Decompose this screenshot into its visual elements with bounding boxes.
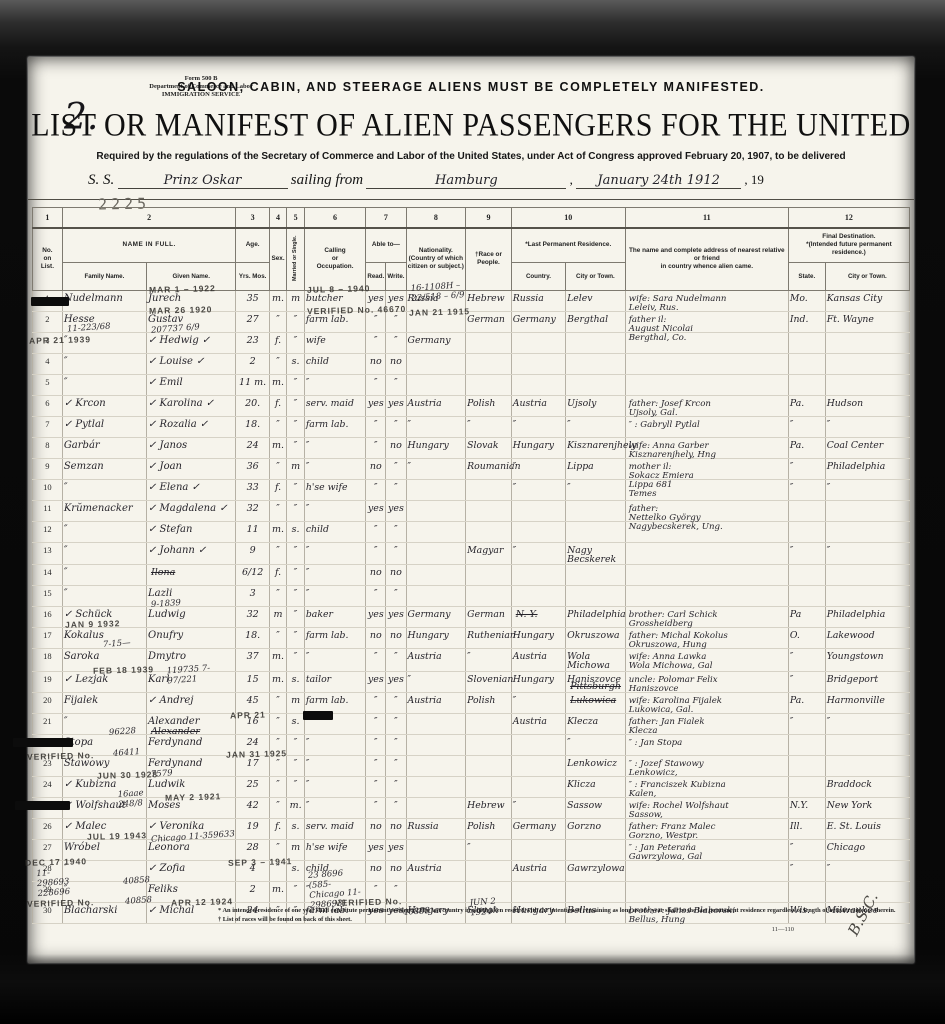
cell-last-residence-country [511,586,565,607]
cell-destination-city: Coal Center [825,437,909,458]
cell-age: 17JAN 31 1925 [236,755,269,776]
col-num-5: 5 [287,208,305,228]
cell-destination-city [825,586,909,607]
cell-given-name: Onufry [147,628,236,649]
cell-married-or-single: s. [287,353,305,374]
cell-destination-state: ″ [788,649,825,672]
cell-age: 11 m. [236,374,269,395]
cell-last-residence-city: Ujsoly [566,395,626,416]
cell-able-to-read: ″ [366,734,386,755]
cell-occupation: ″ [304,755,365,776]
cell-age: 45 [236,692,269,713]
cell-family-name: Hesse11-223/68 [62,311,146,332]
cell-occupation: ″ [304,586,365,607]
cell-nationality: Hungary [406,437,466,458]
cell-list-number: 14 [33,565,63,586]
cell-destination-city [825,565,909,586]
cell-nearest-relative: wife: Sara Nudelmann Leleiv, Rus. [625,290,788,311]
cell-sex: ″ [269,797,287,818]
cell-list-number: 24 [33,776,63,797]
cell-married-or-single: m [287,692,305,713]
cell-age: 6/12 [236,565,269,586]
cell-given-name: JurechMAR 1 – 1922 [147,290,236,311]
col-header-dest-city-or-town: City or Town. [825,263,909,290]
cell-sex: ″ [269,311,287,332]
cell-sex: ″ [269,416,287,437]
cell-nationality: Russia16-1108H – 22/518 – 6/9 [406,290,466,311]
cell-race: Roumanian [466,458,512,479]
cell-able-to-write: ″ [386,797,406,818]
table-row: 15 ″ Lazli 3 ″ ″ ″ ″ ″ [33,586,910,607]
cell-last-residence-country [511,565,565,586]
cell-nationality [406,479,466,500]
cell-occupation: baker [304,607,365,628]
cell-married-or-single: s. [287,671,305,692]
cell-last-residence-country: Austria [511,860,565,881]
cell-race: ″ [466,839,512,860]
cell-able-to-read: ″ [366,332,386,353]
cell-able-to-read: yes [366,290,386,311]
cell-given-name: ✓ Hedwig ✓ [147,332,236,353]
cell-sex: ″ [269,458,287,479]
cell-list-number: 5 [33,374,63,395]
cell-last-residence-city: Nagy Becskerek [566,542,626,565]
table-row: 20 Fijalek ✓ Andrej 45 ″ m farm lab. ″ ″… [33,692,910,713]
cell-family-name: ✓ SchückJAN 9 1932 [62,607,146,628]
cell-married-or-single: s. [287,860,305,881]
cell-sex: m. [269,671,287,692]
cell-able-to-read: no [366,353,386,374]
col-header-city-or-town: City or Town. [566,263,626,290]
cell-age: 4SEP 3 – 1941 [236,860,269,881]
cell-last-residence-city: Gorzno [566,818,626,839]
cell-last-residence-city [566,586,626,607]
cell-destination-state: ″ [788,416,825,437]
cell-destination-state: Pa. [788,437,825,458]
cell-age: 25 [236,776,269,797]
cell-occupation: serv. maid [304,395,365,416]
cell-able-to-read: ″ [366,479,386,500]
cell-last-residence-city: ″ [566,479,626,500]
cell-last-residence-country: Hungary [511,437,565,458]
cell-married-or-single: ″ [287,395,305,416]
cell-nationality [406,797,466,818]
cell-married-or-single: ″ [287,437,305,458]
cell-last-residence-country: Austria [511,649,565,672]
cell-given-name: ✓ Rozalia ✓ [147,416,236,437]
cell-list-number: 16 [33,607,63,628]
cell-given-name: GustavMAR 26 1920207737 6/9 [147,311,236,332]
cell-race: ″ [466,649,512,672]
table-row: 19 ✓ LezjakFEB 18 1939 Karl119735 7-97/2… [33,671,910,692]
cell-nearest-relative [625,565,788,586]
cell-destination-state: Pa. [788,692,825,713]
col-header-yrs-mos: Yrs. Mos. [236,263,269,290]
cell-able-to-read: yes [366,500,386,521]
table-row: 25 ✓ Wolfshaut16aae 248/8 MosesMAY 2 192… [33,797,910,818]
cell-given-name: ✓ VeronikaChicago 11-359633 [147,818,236,839]
cell-list-number: 27 [33,839,63,860]
cell-able-to-write: ″ [386,649,406,672]
cell-destination-state [788,374,825,395]
cell-nationality: Germany [406,332,466,353]
cell-age: 16APR 21 [236,713,269,734]
col-num-11: 11 [625,208,788,228]
cell-sex: ″ [269,755,287,776]
cell-nationality: Hungary [406,628,466,649]
cell-race: Polish [466,818,512,839]
cell-given-name: Leonora [147,839,236,860]
table-row: 6 ✓ Krcon ✓ Karolina ✓ 20. f. ″ serv. ma… [33,395,910,416]
cell-race: Slovenian [466,671,512,692]
cell-sex: f. [269,479,287,500]
cell-married-or-single: s. [287,521,305,542]
cell-able-to-read: ″ [366,374,386,395]
cell-last-residence-city: Wola Michowa [566,649,626,672]
cell-age: 11 [236,521,269,542]
form-number: 11—110 [772,926,794,933]
cell-destination-city: ″ [825,416,909,437]
cell-occupation: farm lab.VERIFIED No. 46670 [304,311,365,332]
cell-sex: ″ [269,628,287,649]
cell-married-or-single: ″ [287,755,305,776]
cell-sex: m. [269,649,287,672]
cell-nationality: ″ [406,458,466,479]
cell-sex: m. [269,290,287,311]
cell-destination-state: ″ [788,839,825,860]
col-header-write: Write. [386,263,406,290]
cell-nationality: ″ [406,671,466,692]
cell-age: 3 [236,586,269,607]
cell-list-number: 1 [33,290,63,311]
cell-last-residence-country [511,839,565,860]
cell-given-name: ✓ Emil [147,374,236,395]
cell-given-name: ✓ Karolina ✓ [147,395,236,416]
col-num-3: 3 [236,208,269,228]
ship-info-line: S. S. Prinz Oskar sailing from Hamburg ,… [88,172,894,189]
cell-family-name: Nudelmann [62,290,146,311]
cell-occupation: tailor [304,671,365,692]
cell-destination-state: O. [788,628,825,649]
cell-nationality [406,755,466,776]
cell-family-name: Semzan [62,458,146,479]
cell-nationality [406,374,466,395]
cell-destination-city: Philadelphia [825,607,909,628]
cell-race: Hebrew [466,797,512,818]
cell-able-to-read: no [366,818,386,839]
cell-able-to-read: ″ [366,797,386,818]
cell-list-number: 21 [33,713,63,734]
col-num-12: 12 [788,208,909,228]
cell-occupation: ″ [304,797,365,818]
cell-destination-state [788,353,825,374]
cell-destination-state [788,521,825,542]
table-row: 11 Krŭmenacker ✓ Magdalena ✓ 32 ″ ″ ″ ye… [33,500,910,521]
cell-last-residence-city: Lippa [566,458,626,479]
cell-destination-state [788,586,825,607]
cell-last-residence-country [511,500,565,521]
cell-able-to-write: yes [386,839,406,860]
cell-race: Magyar [466,542,512,565]
cell-nearest-relative: father: Jan Fialek Klecza [625,713,788,734]
col-header-sex: Sex. [269,228,287,291]
table-row: 26 ✓ MalecJUL 19 1943 ✓ VeronikaChicago … [33,818,910,839]
cell-destination-state: ″ [788,479,825,500]
cell-nearest-relative: brother: Janos Blahorski Bellus, Hung [625,902,788,923]
cell-occupation: ″ [304,734,365,755]
cell-age: 37 [236,649,269,672]
cell-nearest-relative: father: Josef Krcon Ujsoly, Gal. [625,395,788,416]
cell-last-residence-country: ″ [511,479,565,500]
cell-age: 32 [236,500,269,521]
cell-list-number: 10 [33,479,63,500]
cell-occupation: ″ [304,500,365,521]
cell-family-name: Wróbel [62,839,146,860]
cell-last-residence-city: Kisznarenjhely [566,437,626,458]
manifest-rows: 1 Nudelmann JurechMAR 1 – 1922 35 m. m b… [33,290,910,923]
cell-age: 2 [236,881,269,902]
cell-able-to-read: yes [366,839,386,860]
cell-able-to-write: yes [386,395,406,416]
cell-destination-state: ″ [788,713,825,734]
cell-nationality: Austria [406,395,466,416]
cell-given-name: Dmytro [147,649,236,672]
cell-able-to-read: no [366,860,386,881]
col-header-no-on-list: No. on List. [33,228,63,291]
cell-family-name: Stawowy46411 [62,755,146,776]
cell-destination-city: New York [825,797,909,818]
footnote-races: † List of races will be found on back of… [218,916,896,925]
cell-last-residence-country: Austria [511,395,565,416]
table-row: 24 ✓ KubiznaJUN 30 1928 Ludwik7579 25 ″ … [33,776,910,797]
table-row: 22 Stopa96228 FerdynandAlexander 24 ″ ″ … [33,734,910,755]
cell-destination-city: ″ [825,542,909,565]
cell-age: 18. [236,628,269,649]
col-header-family-name: Family Name. [62,263,146,290]
table-row: 5 ″ ✓ Emil 11 m. m. ″ ″ ″ ″ [33,374,910,395]
cell-nationality [406,500,466,521]
cell-age: 23 [236,332,269,353]
cell-family-name: ″ [62,521,146,542]
cell-last-residence-country: Hungary [511,628,565,649]
cell-last-residence-city [566,374,626,395]
cell-last-residence-city: ″ [566,416,626,437]
cell-age: 27 [236,311,269,332]
cell-destination-city: E. St. Louis [825,818,909,839]
cell-married-or-single: m [287,290,305,311]
cell-nationality: Austria [406,649,466,672]
cell-destination-city [825,374,909,395]
table-row: 7 ✓ Pytlal ✓ Rozalia ✓ 18. ″ ″ farm lab.… [33,416,910,437]
cell-able-to-read: no [366,458,386,479]
cell-last-residence-city: Lelev [566,290,626,311]
col-header-married-single: Married or Single. [287,228,305,291]
cell-race: Polish [466,395,512,416]
cell-destination-city: Harmonville [825,692,909,713]
cell-list-number: 6 [33,395,63,416]
cell-occupation: ″ [304,649,365,672]
cell-list-number: 28DEC 17 194011-298693 228696 [33,860,63,881]
cell-sex: m. [269,521,287,542]
year-suffix: , 19 [744,172,764,187]
cell-race [466,500,512,521]
cell-able-to-write: ″ [386,332,406,353]
cell-race [466,755,512,776]
cell-able-to-write: ″ [386,755,406,776]
cell-list-number: 22 [33,734,63,755]
cell-list-number: 30VERIFIED No. [33,902,63,923]
table-row: 9 Semzan ✓ Joan 36 ″ m ″ no ″ ″ Roumania… [33,458,910,479]
cell-sex: f. [269,332,287,353]
cell-destination-city: ″ [825,713,909,734]
cell-occupation: child23 8696 (585- Chicago 11-298693) [304,860,365,881]
cell-destination-city [825,734,909,755]
cell-given-name: FerdynandAlexander [147,734,236,755]
cell-able-to-write: ″ [386,881,406,902]
cell-nearest-relative: mother il: Sokacz Emiera Lippa 681 Temes [625,458,788,479]
col-num-2: 2 [62,208,236,228]
handwritten-annotation: Lukowica [570,695,616,706]
cell-race [466,881,512,902]
cell-last-residence-country: ″ [511,416,565,437]
cell-family-name: ″ [62,479,146,500]
cell-able-to-write: ″ [386,416,406,437]
cell-nationality [406,881,466,902]
cell-able-to-write: no [386,628,406,649]
cell-nationality [406,542,466,565]
cell-destination-state: Pa [788,607,825,628]
cell-occupation: h'se wife [304,839,365,860]
cell-race: German [466,311,512,332]
col-header-nationality: Nationality. (Country of which citizen o… [406,228,466,291]
cell-nearest-relative [625,542,788,565]
cell-given-name: Alexander [147,713,236,734]
cell-nationality [406,586,466,607]
cell-family-name: Fijalek [62,692,146,713]
cell-nearest-relative [625,374,788,395]
cell-given-name: ✓ Andrej [147,692,236,713]
cell-married-or-single: ″ [287,607,305,628]
cell-married-or-single: ″ [287,734,305,755]
table-row: 18 Saroka Dmytro 37 m. ″ ″ ″ ″ Austria ″… [33,649,910,672]
cell-destination-state [788,565,825,586]
cell-last-residence-city: HaniszovcePittsburgh [566,671,626,692]
cell-given-name: ✓ Stefan [147,521,236,542]
sailing-from-label: sailing from [291,172,363,188]
cell-family-name: ″ [62,565,146,586]
col-header-last-permanent-residence: *Last Permanent Residence. [511,228,625,263]
cell-occupation: ″ [304,565,365,586]
table-row: 16 ✓ SchückJAN 9 1932 Ludwig9-1839 32 m … [33,607,910,628]
cell-family-name: ″ [62,353,146,374]
cell-able-to-write: no [386,353,406,374]
table-row: 4 ″ ✓ Louise ✓ 2 ″ s. child no no [33,353,910,374]
cell-list-number: 9 [33,458,63,479]
cell-sex: f. [269,395,287,416]
cell-destination-state [788,776,825,797]
cell-age: 24 [236,734,269,755]
scanned-page: Form 500 B Department of Commerce and La… [0,0,945,1024]
cell-nearest-relative: brother: Carl Schick Grossheidberg [625,607,788,628]
table-row: 13 ″ ✓ Johann ✓ 9 ″ ″ ″ ″ ″ Magyar ″ Nag… [33,542,910,565]
cell-family-name: ″ [62,332,146,353]
cell-last-residence-city: ″ [566,734,626,755]
cell-destination-city: Chicago [825,839,909,860]
cell-race [466,374,512,395]
cell-able-to-read: ″ [366,311,386,332]
cell-family-name: ″40858 [62,881,146,902]
cell-able-to-read: ″ [366,713,386,734]
cell-married-or-single: ″ [287,311,305,332]
cell-married-or-single: ″ [287,542,305,565]
ss-label: S. S. [88,172,114,188]
cell-nationality: Russia [406,818,466,839]
cell-nationality [406,521,466,542]
cell-sex: ″ [269,839,287,860]
cell-nearest-relative [625,353,788,374]
cell-last-residence-city: Philadelphia [566,607,626,628]
handwritten-annotation: Ilona [151,567,175,578]
cell-age: 18. [236,416,269,437]
cell-age: 24 [236,437,269,458]
cell-married-or-single: m [287,839,305,860]
cell-age: 15 [236,671,269,692]
table-row: 17 Kokalus7-15— Onufry 18. ″ ″ farm lab.… [33,628,910,649]
cell-destination-city: Lakewood [825,628,909,649]
col-num-4: 4 [269,208,287,228]
cell-nationality: Austria [406,860,466,881]
cell-destination-state: Mo. [788,290,825,311]
cell-family-name: ″ [62,586,146,607]
cell-able-to-read: ″ [366,586,386,607]
cell-last-residence-city [566,839,626,860]
sailing-date: January 24th 1912 [576,173,741,189]
cell-sex: ″ [269,353,287,374]
cell-nearest-relative: ″ : Jan Stopa [625,734,788,755]
cell-occupation: h'se wife [304,479,365,500]
cell-family-name: Stopa96228 [62,734,146,755]
cell-married-or-single: s. [287,713,305,734]
cell-last-residence-country [511,755,565,776]
cell-age: 35 [236,290,269,311]
cell-list-number: 8 [33,437,63,458]
cell-given-name: ✓ Zofia [147,860,236,881]
cell-last-residence-city: Lenkowicz [566,755,626,776]
table-row: 27 Wróbel Leonora 28 ″ m h'se wife yes y… [33,839,910,860]
cell-able-to-write: no [386,565,406,586]
passenger-manifest-table: 1 2 3 4 5 6 7 8 9 10 11 12 No. on List. … [32,207,910,924]
cell-given-name: ✓ Elena ✓ [147,479,236,500]
cell-list-number: 2 [33,311,63,332]
cell-occupation: ″ [304,437,365,458]
cell-able-to-write: ″ [386,692,406,713]
cell-given-name: Ilona [147,565,236,586]
cell-last-residence-country [511,734,565,755]
cell-list-number: 11 [33,500,63,521]
cell-nearest-relative [625,860,788,881]
cell-family-name: ✓ Pytlal [62,416,146,437]
cell-last-residence-city: Klecza [566,713,626,734]
cell-destination-city: Ft. Wayne [825,311,909,332]
cell-sex: m. [269,374,287,395]
cell-able-to-write: ″ [386,734,406,755]
cell-occupation: ″ [304,881,365,902]
cell-nearest-relative: father: Michal Kokolus Okruszowa, Hung [625,628,788,649]
cell-married-or-single: m [287,458,305,479]
cell-nearest-relative: ″ : Jan Peterańa Gawrzylowa, Gal [625,839,788,860]
cell-nationality: Austria [406,692,466,713]
cell-occupation: ″ [304,776,365,797]
